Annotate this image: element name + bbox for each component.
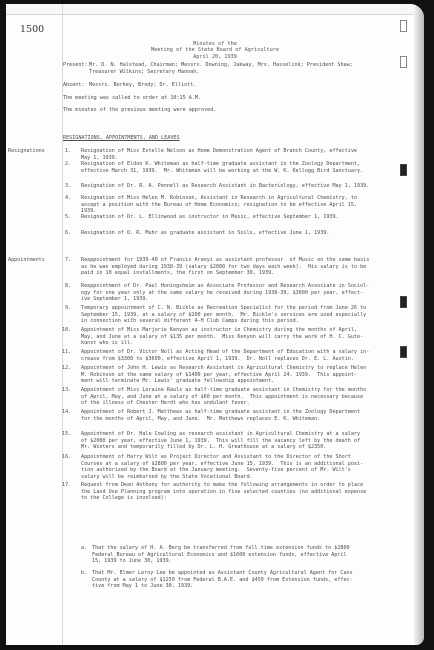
document-page: 1500 Minutes of the Meeting of the State… [6,4,424,645]
item-number: 12. [62,365,71,371]
item-number: 9. [65,305,71,311]
sub-item-text-line: 15, 1939 to June 30, 1939. [92,558,172,565]
item-text-line: Resignation of Dr. R. A. Pennell as Rese… [81,183,369,190]
item-text-line: September 15, 1939, at a salary of $200 … [81,312,366,319]
sub-item-text-line: Federal Bureau of Agricultural Economics… [92,552,347,559]
item-text-line: ive September 1, 1939. [81,296,148,303]
heading-line-3: April 20, 1939 [6,54,424,60]
item-text-line: Resignation of O. R. Muhr as graduate as… [81,230,329,237]
sub-item-text-line: That Mr. Elmer Leroy Lee be appointed as… [92,570,353,577]
item-text-line: Appointment of Dr. Hale Cowling as resea… [81,431,360,438]
present-line-2: Treasurer Wilkins; Secretary Hannah. [89,69,199,76]
page-number: 1500 [20,24,44,35]
item-number: 3. [65,183,71,189]
item-text-line: kunst who is ill. [81,340,133,347]
punch-mark [400,164,407,176]
item-text-line: as he was employed during 1938-39 (salar… [81,264,366,271]
item-text-line: Temporary appointment of C. N. Bickle as… [81,305,366,312]
item-number: 17. [62,482,71,488]
item-text-line: Resignation of Eldon K. Whiteman as half… [81,161,360,168]
item-text-line: ogy for one year only at the same salary… [81,290,363,297]
item-text-line: salary will be reimbursed by the State V… [81,474,253,481]
sub-item-text-line: County at a salary of $1250 from Federal… [92,577,353,584]
item-number: 11. [62,349,71,355]
item-text-line: Reappointment of Dr. Paul Honingsheim as… [81,283,369,290]
item-text-line: effective March 31, 1939. Mr. Whiteman w… [81,168,363,175]
item-text-line: of April, May, and June at a salary of $… [81,394,363,401]
punch-mark [400,346,407,358]
item-text-line: in connection with several different 4-H… [81,318,299,325]
item-text-line: of $2000 per year, effective June 1, 193… [81,438,360,445]
item-text-line: ment will terminate Mr. Lewis' graduate … [81,378,274,385]
minutes-approved: The minutes of the previous meeting were… [63,107,216,114]
page-edge [414,4,424,645]
item-number: 2. [65,161,71,167]
item-number: 7. [65,257,71,263]
item-number: 14. [62,409,71,415]
item-text-line: crease from $3300 to $3600, effective Ap… [81,356,354,363]
item-text-line: Resignation of Miss Estelle Nelson as Ho… [81,148,357,155]
punch-mark [400,20,407,32]
item-number: 1. [65,148,71,154]
item-number: 5. [65,214,71,220]
punch-mark [400,56,407,68]
side-label-appointments: Appointments [8,257,45,263]
item-text-line: to the College is involved): [81,495,167,502]
sub-item-text-line: tive from May 1 to June 30, 1939. [92,583,193,590]
item-number: 13. [62,387,71,393]
item-text-line: accept a position with the Bureau of Hom… [81,202,357,209]
absent-label: Absent: [63,82,84,89]
item-number: 6. [65,230,71,236]
item-text-line: M. Robinson at the same salary of $1400 … [81,372,357,379]
item-text-line: Resignation of Dr. L. Ellinwood as instr… [81,214,339,221]
sub-item-text-line: That the salary of H. A. Berg be transfe… [92,545,350,552]
item-text-line: the Land Use Planning program into opera… [81,489,366,496]
item-text-line: Request from Dean Anthony for authority … [81,482,363,489]
item-text-line: May, and June at a salary of $135 per mo… [81,334,363,341]
minutes-heading: Minutes of the Meeting of the State Boar… [6,41,424,60]
item-text-line: Courses at a salary of $2800 per year, e… [81,461,363,468]
item-text-line: Mr. Winters and temporarily filled by Dr… [81,444,326,451]
page-top-band [6,4,424,15]
item-number: 8. [65,283,71,289]
sub-item-letter: a. [81,545,87,551]
item-text-line: paid in 10 equal installments, the first… [81,270,274,277]
item-number: 10. [62,327,71,333]
item-text-line: of the illness of Chester Herdt who has … [81,400,250,407]
item-text-line: for the months of April, May, and June. … [81,416,320,423]
item-text-line: Appointment of Miss Marjorie Kenyon as i… [81,327,357,334]
present-label: Present: [63,62,88,69]
absent-text: Messrs. Berkey, Brody; Dr. Elliott. [89,82,196,89]
item-number: 4. [65,195,71,201]
side-label-resignations: Resignations [8,148,45,154]
call-to-order: The meeting was called to order at 10:15… [63,95,201,102]
item-text-line: Resignation of Miss Helen M. Robinson, A… [81,195,357,202]
item-number: 15. [62,431,71,437]
section-title: RESIGNATIONS, APPOINTMENTS, AND LEAVES [63,135,180,142]
sub-item-letter: b. [81,570,87,576]
item-text-line: Appointment of Dr. Victor Noll as Acting… [81,349,369,356]
item-text-line: Appointment of Robert J. Matthews as hal… [81,409,360,416]
present-line-1: Mr. D. N. Halstead, Chairman; Messrs. Do… [89,62,353,69]
item-number: 16. [62,454,71,460]
item-text-line: tion authorized by the Board at the Janu… [81,467,351,474]
item-text-line: Appointment of Harry Wilt as Project Dir… [81,454,351,461]
item-text-line: Reappointment for 1939-40 of Francis Ara… [81,257,369,264]
item-text-line: Appointment of Miss Loraine Rauls as hal… [81,387,366,394]
item-text-line: Appointment of John H. Lewis as Research… [81,365,366,372]
punch-mark [400,296,407,308]
